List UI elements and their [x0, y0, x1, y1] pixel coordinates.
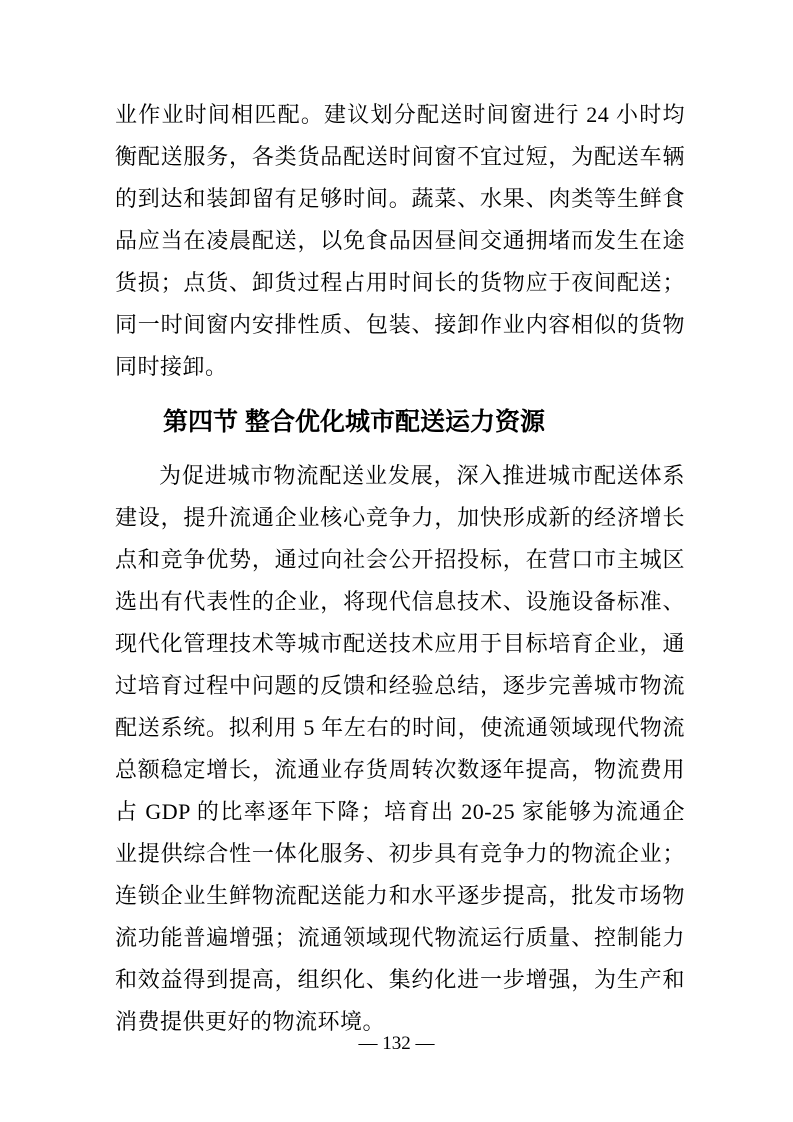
- body-paragraph-main: 为促进城市物流配送业发展，深入推进城市配送体系建设，提升流通企业核心竞争力，加快…: [115, 455, 685, 1043]
- document-page: 业作业时间相匹配。建议划分配送时间窗进行 24 小时均衡配送服务，各类货品配送时…: [0, 0, 793, 1122]
- section-heading: 第四节 整合优化城市配送运力资源: [163, 402, 685, 442]
- document-content: 业作业时间相匹配。建议划分配送时间窗进行 24 小时均衡配送服务，各类货品配送时…: [115, 94, 685, 1043]
- body-paragraph-continuation: 业作业时间相匹配。建议划分配送时间窗进行 24 小时均衡配送服务，各类货品配送时…: [115, 94, 685, 388]
- page-number: — 132 —: [0, 1032, 793, 1056]
